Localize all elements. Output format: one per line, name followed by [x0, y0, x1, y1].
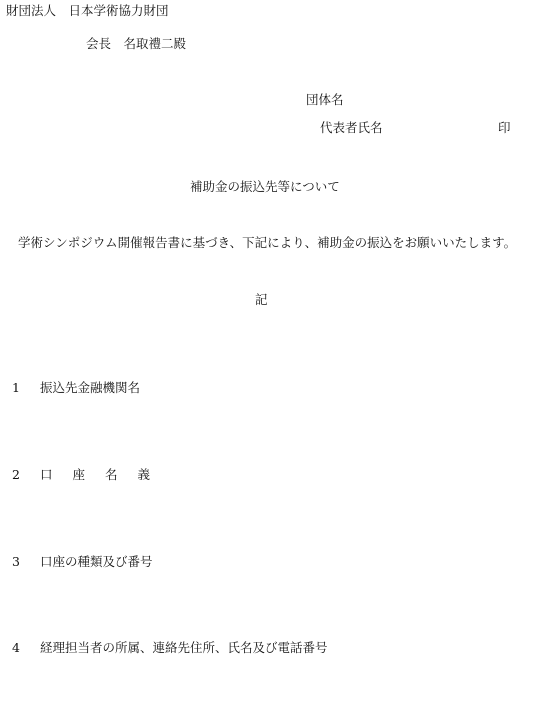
item-label-char: 座	[73, 467, 86, 483]
item-label-char: 義	[138, 467, 151, 483]
item-4: 4 経理担当者の所属、連絡先住所、氏名及び電話番号	[12, 640, 328, 656]
addressee-recipient: 会長 名取禮二殿	[86, 36, 186, 52]
addressee-organization: 財団法人 日本学術協力財団	[6, 3, 169, 19]
seal-label: 印	[498, 120, 511, 136]
item-1: 1 振込先金融機関名	[12, 380, 140, 396]
item-number: 1	[12, 380, 36, 396]
group-name-label: 団体名	[306, 92, 344, 108]
item-label-char: 口	[40, 467, 53, 483]
representative-name-label: 代表者氏名	[320, 120, 383, 136]
item-2: 2 口座名義	[12, 467, 170, 483]
ki-heading: 記	[255, 292, 268, 308]
document-title: 補助金の振込先等について	[190, 179, 340, 195]
item-label: 口座の種類及び番号	[40, 554, 153, 569]
item-number: 3	[12, 554, 36, 570]
item-number: 2	[12, 467, 36, 483]
item-label: 経理担当者の所属、連絡先住所、氏名及び電話番号	[40, 640, 328, 655]
item-label-char: 名	[105, 467, 118, 483]
body-text: 学術シンポジウム開催報告書に基づき、下記により、補助金の振込をお願いいたします。	[18, 235, 516, 251]
item-number: 4	[12, 640, 36, 656]
item-3: 3 口座の種類及び番号	[12, 554, 153, 570]
item-label: 振込先金融機関名	[40, 380, 140, 395]
